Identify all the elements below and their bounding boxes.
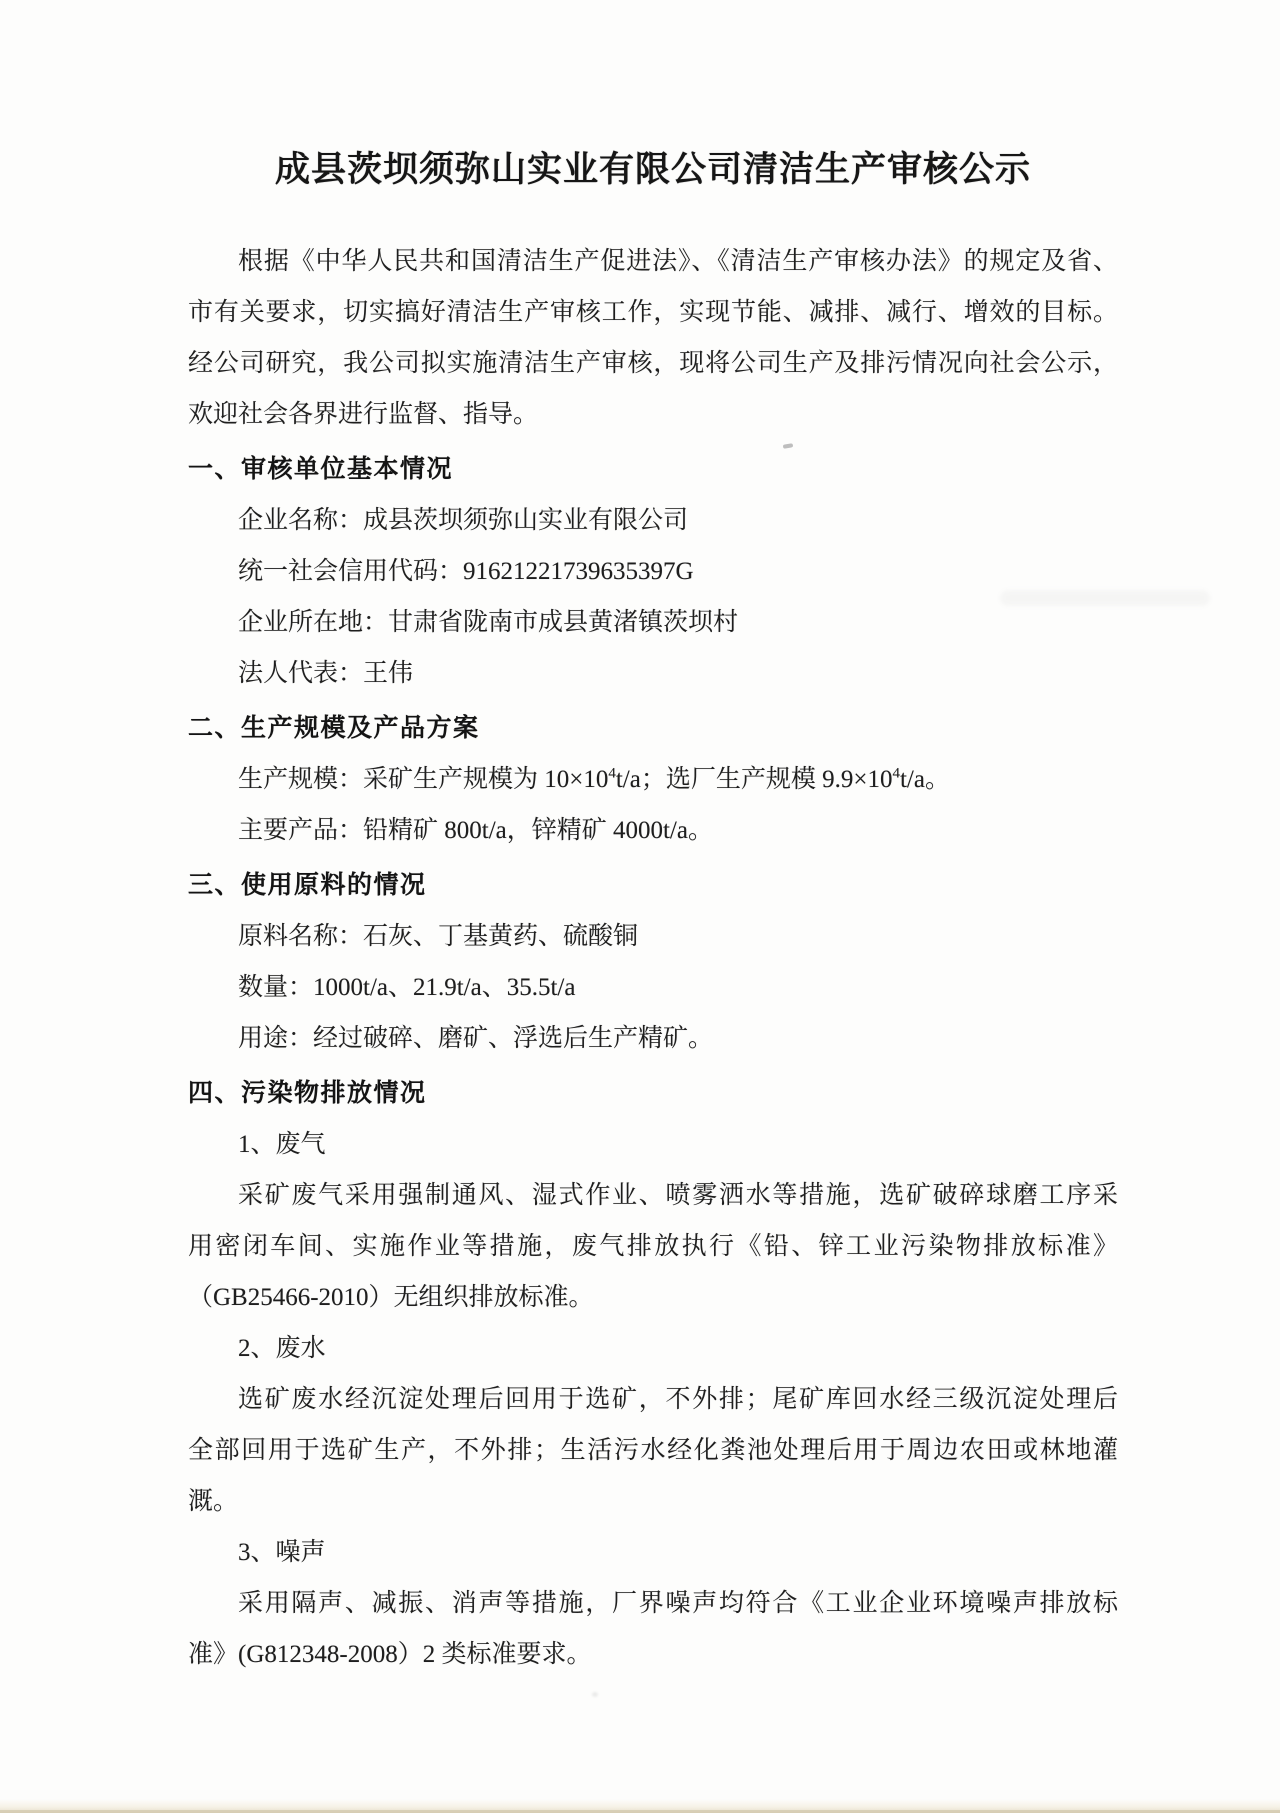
section-4-heading: 四、污染物排放情况 — [188, 1068, 1118, 1119]
document-title: 成县茨坝须弥山实业有限公司清洁生产审核公示 — [188, 140, 1118, 200]
raw-material-name-line: 原料名称：石灰、丁基黄药、硫酸铜 — [188, 911, 1118, 962]
scale-text-2: t/a；选厂生产规模 9.9×10 — [616, 766, 893, 793]
scale-superscript-1: 4 — [608, 766, 616, 782]
subsection-noise-heading: 3、噪声 — [188, 1527, 1118, 1578]
waste-water-line-3: 溉。 — [188, 1476, 1118, 1527]
scan-speck — [592, 1692, 598, 1697]
waste-gas-line-1: 采矿废气采用强制通风、湿式作业、喷雾洒水等措施，选矿破碎球磨工序采 — [188, 1170, 1118, 1221]
raw-material-usage-line: 用途：经过破碎、磨矿、浮选后生产精矿。 — [188, 1013, 1118, 1064]
company-location-line: 企业所在地：甘肃省陇南市成县黄渚镇茨坝村 — [188, 597, 1118, 648]
waste-gas-line-3: （GB25466-2010）无组织排放标准。 — [188, 1272, 1118, 1323]
scale-text-3: t/a。 — [900, 766, 950, 793]
scale-superscript-2: 4 — [892, 766, 900, 782]
noise-line-1: 采用隔声、减振、消声等措施，厂界噪声均符合《工业企业环境噪声排放标 — [188, 1578, 1118, 1629]
section-3-heading: 三、使用原料的情况 — [188, 860, 1118, 911]
scale-text-1: 生产规模：采矿生产规模为 10×10 — [238, 766, 608, 793]
main-products-line: 主要产品：铅精矿 800t/a，锌精矿 4000t/a。 — [188, 805, 1118, 856]
waste-water-line-2: 全部回用于选矿生产，不外排；生活污水经化粪池处理后用于周边农田或林地灌 — [188, 1425, 1118, 1476]
intro-line-4: 欢迎社会各界进行监督、指导。 — [188, 389, 1118, 440]
scan-smudge — [1000, 590, 1210, 606]
intro-line-1: 根据《中华人民共和国清洁生产促进法》、《清洁生产审核办法》的规定及省、 — [188, 236, 1118, 287]
scanned-document: { "page": { "title": "成县茨坝须弥山实业有限公司清洁生产审… — [0, 0, 1280, 1813]
raw-material-quantity-line: 数量：1000t/a、21.9t/a、35.5t/a — [188, 962, 1118, 1013]
document-page: 成县茨坝须弥山实业有限公司清洁生产审核公示 根据《中华人民共和国清洁生产促进法》… — [188, 0, 1118, 1680]
company-name-line: 企业名称：成县茨坝须弥山实业有限公司 — [188, 495, 1118, 546]
waste-water-line-1: 选矿废水经沉淀处理后回用于选矿，不外排；尾矿库回水经三级沉淀处理后 — [188, 1374, 1118, 1425]
intro-line-2: 市有关要求，切实搞好清洁生产审核工作，实现节能、减排、减行、增效的目标。 — [188, 287, 1118, 338]
section-1-heading: 一、审核单位基本情况 — [188, 444, 1118, 495]
credit-code-line: 统一社会信用代码：91621221739635397G — [188, 546, 1118, 597]
production-scale-line: 生产规模：采矿生产规模为 10×104t/a；选厂生产规模 9.9×104t/a… — [188, 754, 1118, 805]
noise-line-2: 准》(G812348-2008）2 类标准要求。 — [188, 1629, 1118, 1680]
subsection-waste-gas-heading: 1、废气 — [188, 1119, 1118, 1170]
legal-representative-line: 法人代表：王伟 — [188, 648, 1118, 699]
waste-gas-line-2: 用密闭车间、实施作业等措施，废气排放执行《铅、锌工业污染物排放标准》 — [188, 1221, 1118, 1272]
section-2-heading: 二、生产规模及产品方案 — [188, 703, 1118, 754]
intro-line-3: 经公司研究，我公司拟实施清洁生产审核，现将公司生产及排污情况向社会公示， — [188, 338, 1118, 389]
subsection-waste-water-heading: 2、废水 — [188, 1323, 1118, 1374]
